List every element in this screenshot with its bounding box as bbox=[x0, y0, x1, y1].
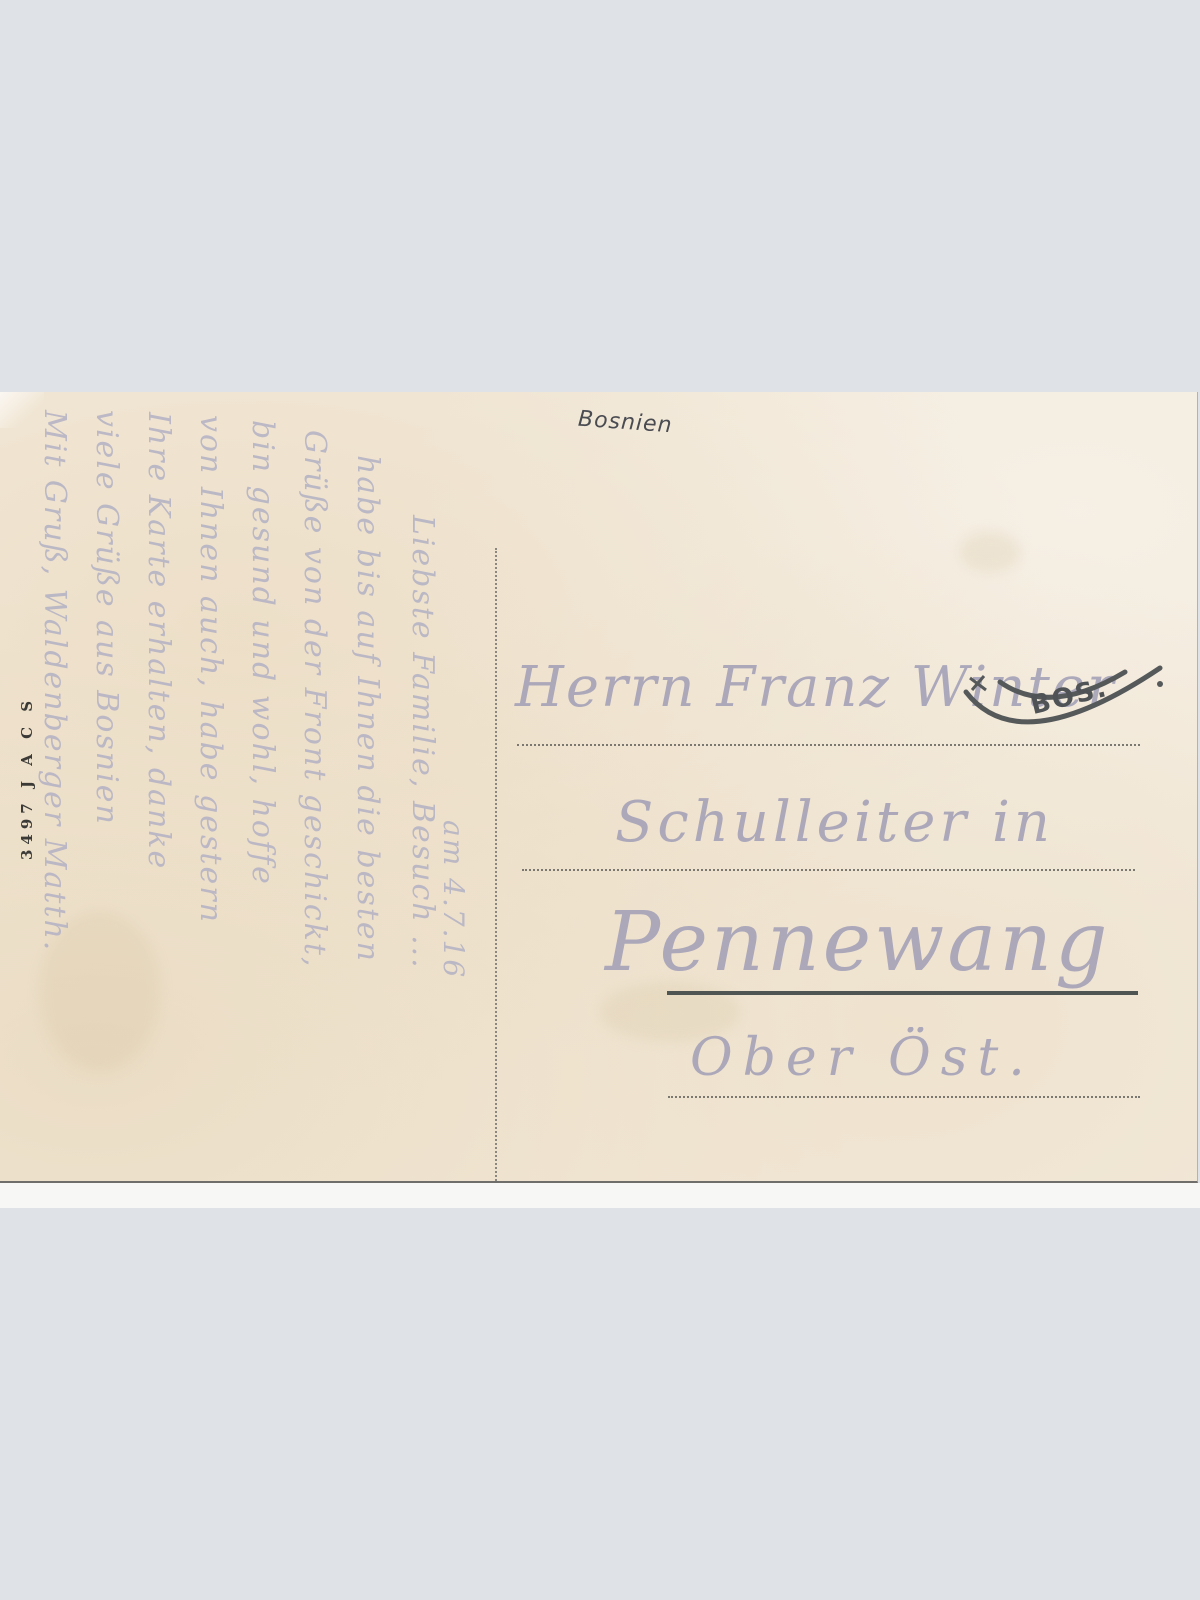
address-line-3-rule bbox=[667, 991, 1138, 995]
message-line: Mit Gruß, Waldenberger Matth. bbox=[37, 410, 72, 952]
message-line: Liebste Familie, Besuch ... bbox=[405, 515, 440, 970]
handwritten-message: am 4.7.16 Liebste Familie, Besuch ... ha… bbox=[20, 400, 480, 1180]
divider-line bbox=[495, 548, 497, 1181]
message-line: Grüße von der Front geschickt, bbox=[297, 430, 332, 968]
message-line: Ihre Karte erhalten, danke bbox=[141, 412, 176, 870]
address-town: Pennewang bbox=[605, 895, 1111, 990]
address-region: Ober Öst. bbox=[690, 1028, 1035, 1088]
message-line: viele Grüße aus Bosnien bbox=[89, 410, 124, 826]
postmark-stamp: BOS. bbox=[960, 662, 1170, 752]
message-line: habe bis auf Ihnen die besten bbox=[350, 455, 385, 963]
address-title: Schulleiter in bbox=[615, 790, 1054, 855]
address-line-2-rule bbox=[522, 869, 1135, 871]
paper-stain bbox=[960, 532, 1020, 572]
message-line: von Ihnen auch, habe gestern bbox=[193, 415, 228, 924]
address-line-4-rule bbox=[668, 1096, 1140, 1098]
message-line: bin gesund und wohl, hoffe bbox=[245, 420, 280, 886]
scan-margin-strip bbox=[0, 1183, 1200, 1208]
message-date: am 4.7.16 bbox=[437, 820, 470, 979]
